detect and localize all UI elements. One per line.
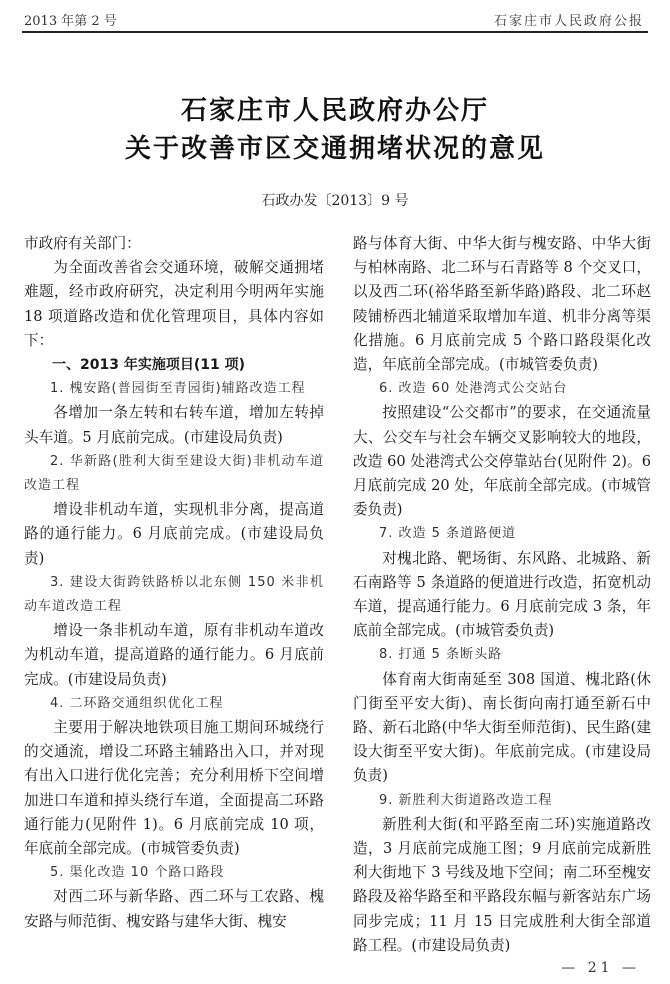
publication-name: 石家庄市人民政府公报: [494, 10, 644, 29]
section-heading: 9. 新胜利大街道路改造工程: [353, 789, 651, 813]
page-number: — 21 —: [561, 960, 640, 976]
paragraph: 对西二环与新华路、西二环与工农路、槐安路与师范街、槐安路与建华大街、槐安: [24, 885, 324, 933]
section-heading: 4. 二环路交通组织优化工程: [24, 692, 324, 716]
paragraph: 市政府有关部门：: [24, 232, 324, 256]
paragraph: 主要用于解决地铁项目施工期间环城绕行的交通流，增设二环路主辅路出入口，并对现有出…: [24, 716, 324, 861]
section-heading: 5. 渠化改造 10 个路口路段: [24, 861, 324, 885]
header-rule: [22, 31, 648, 33]
section-heading: 1. 槐安路(普园街至青园街)辅路改造工程: [24, 377, 324, 401]
paragraph: 对槐北路、靶场街、东风路、北城路、新石南路等 5 条道路的便道进行改造，拓宽机动…: [353, 547, 651, 644]
paragraph: 增设非机动车道，实现机非分离，提高道路的通行能力。6 月底前完成。(市建设局负责…: [24, 498, 324, 571]
document-title-line2: 关于改善市区交通拥堵状况的意见: [0, 130, 670, 168]
section-heading: 3. 建设大街跨铁路桥以北东侧 150 米非机动车道改造工程: [24, 571, 324, 619]
section-heading: 2. 华新路(胜利大街至建设大街)非机动车道改造工程: [24, 450, 324, 498]
paragraph: 路与体育大街、中华大街与槐安路、中华大街与柏林南路、北二环与石青路等 8 个交叉…: [353, 232, 651, 377]
document-number: 石政办发〔2013〕9 号: [0, 190, 670, 210]
paragraph: 体育南大街南延至 308 国道、槐北路(休门街至平安大街)、南长街向南打通至新石…: [353, 668, 651, 789]
issue-label: 2013 年第 2 号: [24, 10, 117, 29]
paragraph: 新胜利大街(和平路至南二环)实施道路改造，3 月底前完成施工图；9 月底前完成新…: [353, 813, 651, 958]
section-heading: 7. 改造 5 条道路便道: [353, 522, 651, 546]
right-column: 路与体育大街、中华大街与槐安路、中华大街与柏林南路、北二环与石青路等 8 个交叉…: [353, 232, 651, 958]
paragraph: 为全面改善省会交通环境，破解交通拥堵难题，经市政府研究，决定利用今明两年实施 1…: [24, 256, 324, 353]
paragraph: 增设一条非机动车道，原有非机动车道改为机动车道，提高道路的通行能力。6 月底前完…: [24, 619, 324, 692]
section-heading: 8. 打通 5 条断头路: [353, 643, 651, 667]
section-heading: 6. 改造 60 处港湾式公交站台: [353, 377, 651, 401]
section-heading: 一、2013 年实施项目(11 项): [24, 353, 324, 377]
paragraph: 按照建设“公交都市”的要求，在交通流量大、公交车与社会车辆交叉影响较大的地段，改…: [353, 401, 651, 522]
document-title-line1: 石家庄市人民政府办公厅: [0, 92, 670, 130]
paragraph: 各增加一条左转和右转车道，增加左转掉头车道。5 月底前完成。(市建设局负责): [24, 401, 324, 449]
left-column: 市政府有关部门：为全面改善省会交通环境，破解交通拥堵难题，经市政府研究，决定利用…: [24, 232, 324, 934]
